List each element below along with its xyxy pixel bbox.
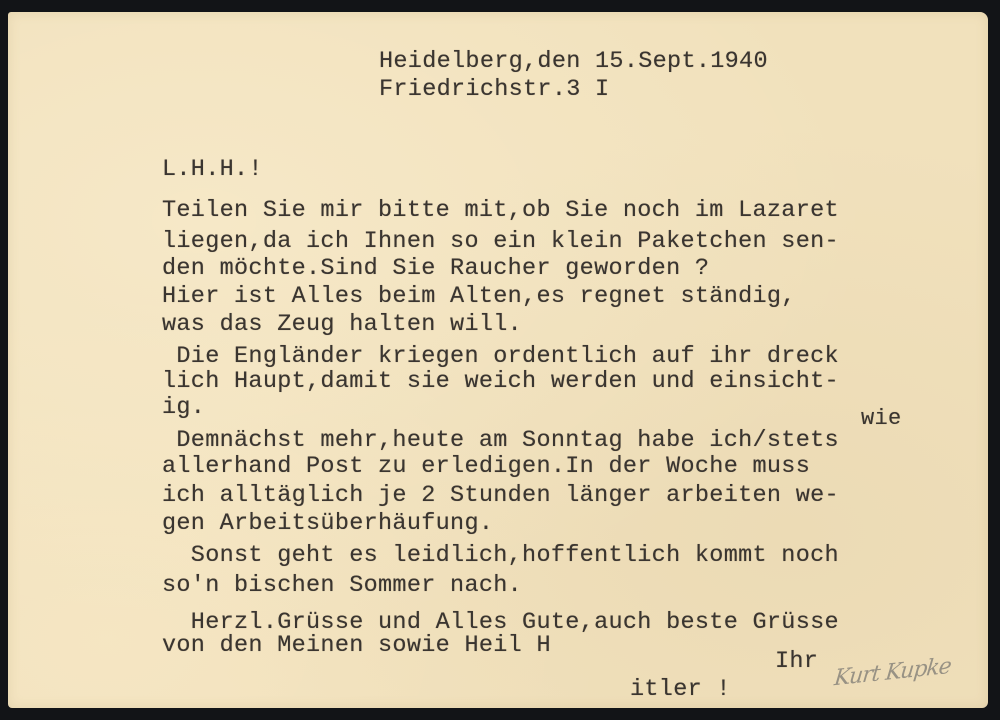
body-line: von den Meinen sowie Heil H <box>162 632 551 659</box>
handwritten-signature: Kurt Kupke <box>833 654 952 692</box>
postcard: Heidelberg,den 15.Sept.1940 Friedrichstr… <box>8 12 988 708</box>
body-line: Sonst geht es leidlich,hoffentlich kommt… <box>162 542 839 569</box>
body-line: ig. <box>162 394 205 421</box>
body-line: Demnächst mehr,heute am Sonntag habe ich… <box>162 427 839 454</box>
inserted-word: wie <box>861 406 902 431</box>
place-date-line: Heidelberg,den 15.Sept.1940 <box>379 48 768 75</box>
closing: Ihr <box>775 648 818 675</box>
body-line: den möchte.Sind Sie Raucher geworden ? <box>162 255 709 282</box>
salutation: L.H.H.! <box>162 156 263 183</box>
body-line: gen Arbeitsüberhäufung. <box>162 510 493 537</box>
body-line: so'n bischen Sommer nach. <box>162 572 522 599</box>
body-line: liegen,da ich Ihnen so ein klein Paketch… <box>162 228 839 255</box>
closing-continued: itler ! <box>630 676 731 703</box>
body-line: lich Haupt,damit sie weich werden und ei… <box>162 368 839 395</box>
body-line: Die Engländer kriegen ordentlich auf ihr… <box>162 343 839 370</box>
body-line: ich alltäglich je 2 Stunden länger arbei… <box>162 482 839 509</box>
address-line: Friedrichstr.3 I <box>379 76 609 103</box>
body-line: Teilen Sie mir bitte mit,ob Sie noch im … <box>162 197 839 224</box>
body-line: was das Zeug halten will. <box>162 311 522 338</box>
body-line: Hier ist Alles beim Alten,es regnet stän… <box>162 283 796 310</box>
body-line: allerhand Post zu erledigen.In der Woche… <box>162 453 810 480</box>
